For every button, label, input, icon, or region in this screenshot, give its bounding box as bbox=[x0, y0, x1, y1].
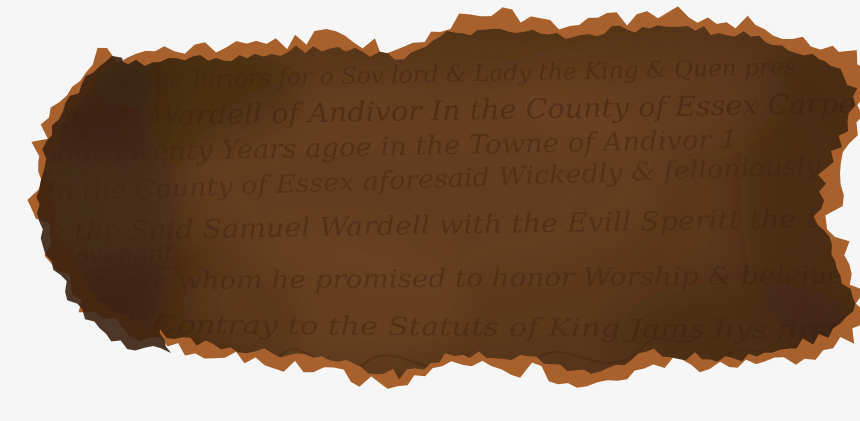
manuscript-scan: the Juriors for o Sov lord & Lady the Ki… bbox=[0, 0, 860, 421]
